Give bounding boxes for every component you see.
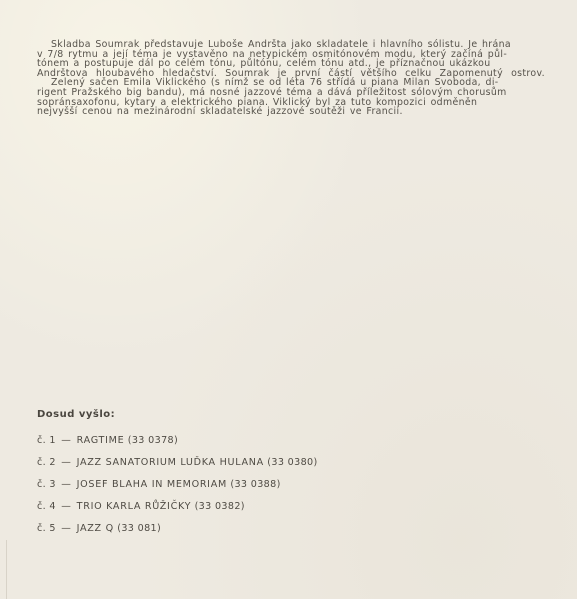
release-dash: — xyxy=(61,479,71,490)
release-number: č. 5 xyxy=(37,523,56,534)
release-dash: — xyxy=(61,501,71,512)
release-item: č. 4 — TRIO KARLA RŮŽIČKY (33 0382) xyxy=(37,501,457,523)
text-line-content: nejvyšší cenou na mezinárodní skladatels… xyxy=(37,106,403,117)
releases-list: Dosud vyšlo: č. 1 — RAGTIME (33 0378) č.… xyxy=(37,409,457,545)
release-number: č. 2 xyxy=(37,457,56,468)
release-number: č. 3 xyxy=(37,479,56,490)
release-dash: — xyxy=(61,435,71,446)
text-line: nejvyšší cenou na mezinárodní skladatels… xyxy=(37,107,545,117)
release-number: č. 4 xyxy=(37,501,56,512)
paper-edge xyxy=(6,540,7,599)
release-item: č. 3 — JOSEF BLAHA IN MEMORIAM (33 0388) xyxy=(37,479,457,501)
release-title: TRIO KARLA RŮŽIČKY xyxy=(77,501,192,512)
release-item: č. 5 — JAZZ Q (33 081) xyxy=(37,523,457,545)
release-item: č. 2 — JAZZ SANATORIUM LUĎKA HULANA (33 … xyxy=(37,457,457,479)
release-catalog: (33 0378) xyxy=(128,435,178,446)
release-catalog: (33 0388) xyxy=(230,479,280,490)
release-number: č. 1 xyxy=(37,435,56,446)
releases-heading: Dosud vyšlo: xyxy=(37,409,457,421)
release-dash: — xyxy=(61,523,71,534)
release-title: RAGTIME xyxy=(77,435,125,446)
liner-notes-text: Skladba Soumrak představuje Luboše Andrš… xyxy=(37,40,545,117)
release-catalog: (33 0380) xyxy=(267,457,317,468)
release-title: JAZZ Q xyxy=(77,523,114,534)
release-item: č. 1 — RAGTIME (33 0378) xyxy=(37,435,457,457)
release-dash: — xyxy=(61,457,71,468)
release-catalog: (33 0382) xyxy=(195,501,245,512)
release-title: JOSEF BLAHA IN MEMORIAM xyxy=(77,479,227,490)
release-title: JAZZ SANATORIUM LUĎKA HULANA xyxy=(77,457,264,468)
release-catalog: (33 081) xyxy=(117,523,161,534)
